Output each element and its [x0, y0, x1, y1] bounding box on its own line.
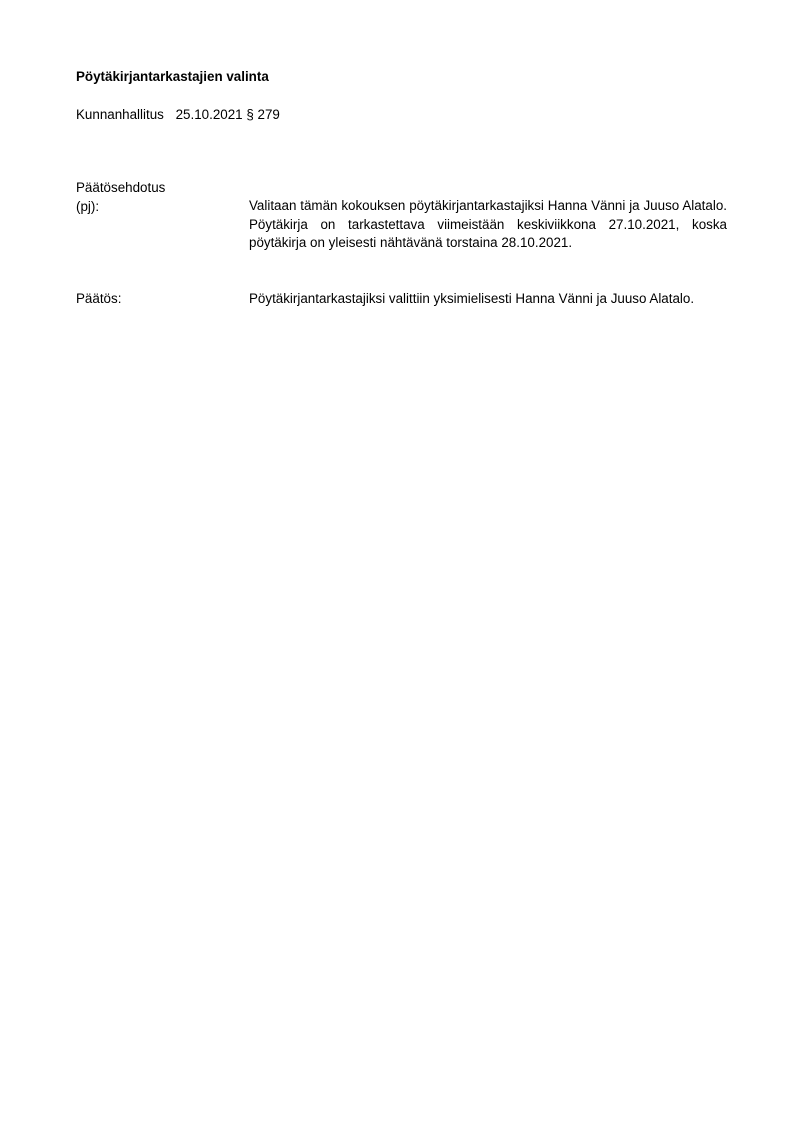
decision-text: Pöytäkirjantarkastajiksi valittiin yksim… [249, 290, 727, 309]
proposal-label-line1: Päätösehdotus [76, 179, 165, 198]
document-title: Pöytäkirjantarkastajien valinta [76, 69, 269, 85]
meeting-date: 25.10.2021 [176, 107, 243, 122]
decision-label: Päätös: [76, 290, 121, 309]
proposal-label: Päätösehdotus (pj): [76, 179, 165, 216]
meeting-reference: Kunnanhallitus 25.10.2021 § 279 [76, 107, 280, 123]
section-number: § 279 [246, 107, 280, 122]
document-page: Pöytäkirjantarkastajien valinta Kunnanha… [0, 0, 794, 1122]
proposal-text: Valitaan tämän kokouksen pöytäkirjantark… [249, 197, 727, 253]
proposal-label-line2: (pj): [76, 198, 165, 217]
meeting-body: Kunnanhallitus [76, 107, 164, 122]
